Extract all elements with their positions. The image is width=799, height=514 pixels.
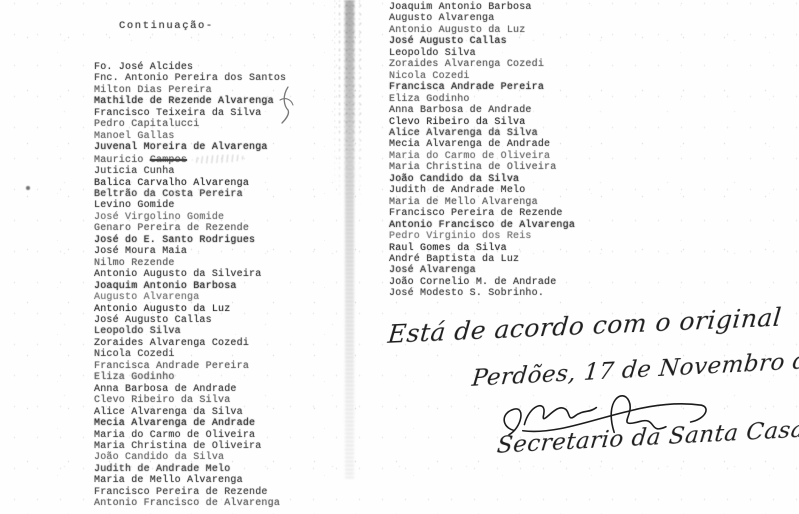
name-entry: Nicola Cozedi — [94, 349, 286, 360]
name-entry: José Alvarenga — [389, 265, 575, 276]
name-entry: Antonio Francisco de Alvarenga — [389, 220, 575, 231]
name-entry: Clevo Ribeiro da Silva — [94, 395, 286, 406]
name-entry: Alice Alvarenga da Silva — [389, 128, 575, 139]
name-entry: Balica Carvalho Alvarenga — [94, 178, 286, 189]
name-entry: Francisca Andrade Pereira — [389, 82, 575, 93]
struck-name: Campos — [150, 155, 187, 166]
name-entry: Francisco Teixeira da Silva — [94, 108, 286, 119]
name-entry: Francisco Pereira de Rezende — [94, 487, 286, 498]
name-entry: Nicola Cozedi — [389, 71, 575, 82]
name-entry: Antonio Francisco de Alvarenga — [94, 498, 286, 509]
name-entry: Pedro Virginio dos Reis — [389, 231, 575, 242]
name-entry: Pedro Capitalucci — [94, 119, 286, 130]
name-entry: Judith de Andrade Melo — [94, 464, 286, 475]
name-entry: Antonio Augusto da Luz — [94, 304, 286, 315]
name-entry: Mauricio Campos — [94, 154, 286, 166]
name-entry: José Augusto Callas — [94, 315, 286, 326]
name-entry-text: Mauricio — [94, 155, 150, 166]
name-entry: Anna Barbosa de Andrade — [389, 105, 575, 116]
name-entry: Juvenal Moreira de Alvarenga — [94, 142, 286, 153]
name-entry: Leopoldo Silva — [94, 326, 286, 337]
left-name-list: Fo. José AlcidesFnc. Antonio Pereira dos… — [94, 62, 286, 510]
name-entry: João Candido da Silva — [389, 174, 575, 185]
name-entry: Judith de Andrade Melo — [389, 185, 575, 196]
name-entry: José Virgolino Gomide — [94, 212, 286, 223]
name-entry: Francisco Pereira de Rezende — [389, 208, 575, 219]
name-entry: Maria de Mello Alvarenga — [389, 197, 575, 208]
name-entry: Zoraides Alvarenga Cozedi — [389, 59, 575, 70]
name-entry: Joaquim Antonio Barbosa — [389, 2, 575, 13]
name-entry: Anna Barbosa de Andrade — [94, 384, 286, 395]
handwritten-correction-scribble — [192, 153, 244, 164]
name-entry: João Candido da Silva — [94, 452, 286, 463]
name-entry: Fnc. Antonio Pereira dos Santos — [94, 73, 286, 84]
name-entry: Fo. José Alcides — [94, 62, 286, 73]
name-entry: Augusto Alvarenga — [389, 13, 575, 24]
name-entry: Antonio Augusto da Silveira — [94, 269, 286, 280]
name-entry: Joaquim Antonio Barbosa — [94, 281, 286, 292]
handwritten-certification: Está de acordo com o original — [387, 303, 783, 349]
name-entry: Leopoldo Silva — [389, 48, 575, 59]
name-entry: Maria Christina de Oliveira — [389, 162, 575, 173]
name-entry: Clevo Ribeiro da Silva — [389, 117, 575, 128]
name-entry: Eliza Godinho — [389, 94, 575, 105]
name-entry: Maria Christina de Oliveira — [94, 441, 286, 452]
name-entry: Manoel Gallas — [94, 131, 286, 142]
name-entry: José do E. Santo Rodrigues — [94, 235, 286, 246]
name-entry: Mecia Alvarenga de Andrade — [94, 418, 286, 429]
right-name-list: Joaquim Antonio BarbosaAugusto Alvarenga… — [389, 2, 575, 300]
name-entry: Augusto Alvarenga — [94, 292, 286, 303]
name-entry: Francisca Andrade Pereira — [94, 361, 286, 372]
ink-speck — [26, 186, 30, 190]
name-entry: Nilmo Rezende — [94, 258, 286, 269]
name-entry: Mecia Alvarenga de Andrade — [389, 139, 575, 150]
name-entry: José Augusto Callas — [389, 36, 575, 47]
name-entry: André Baptista da Luz — [389, 254, 575, 265]
name-entry: José Moura Maia — [94, 246, 286, 257]
name-entry: Maria de Mello Alvarenga — [94, 475, 286, 486]
name-entry: João Cornelio M. de Andrade — [389, 277, 575, 288]
name-entry: Milton Dias Pereira — [94, 85, 286, 96]
name-entry: Eliza Godinho — [94, 372, 286, 383]
name-entry: Zoraides Alvarenga Cozedi — [94, 338, 286, 349]
name-entry: Levino Gomide — [94, 200, 286, 211]
name-entry: Genaro Pereira de Rezende — [94, 223, 286, 234]
name-entry: Antonio Augusto da Luz — [389, 25, 575, 36]
name-entry: Raul Gomes da Silva — [389, 243, 575, 254]
pencil-mark — [276, 84, 296, 126]
name-entry: Maria do Carmo de Oliveira — [94, 430, 286, 441]
name-entry: Beltrão da Costa Pereira — [94, 189, 286, 200]
name-entry: Juticia Cunha — [94, 166, 286, 177]
name-entry: José Modesto S. Sobrinho. — [389, 288, 575, 299]
name-entry: Alice Alvarenga da Silva — [94, 407, 286, 418]
scanned-document: { "document": { "header": "Continuação-"… — [0, 0, 799, 514]
page-header: Continuação- — [119, 20, 214, 32]
name-entry: Mathilde de Rezende Alvarenga — [94, 96, 286, 107]
name-entry: Maria do Carmo de Oliveira — [389, 151, 575, 162]
fold-grain-texture — [334, 0, 364, 210]
